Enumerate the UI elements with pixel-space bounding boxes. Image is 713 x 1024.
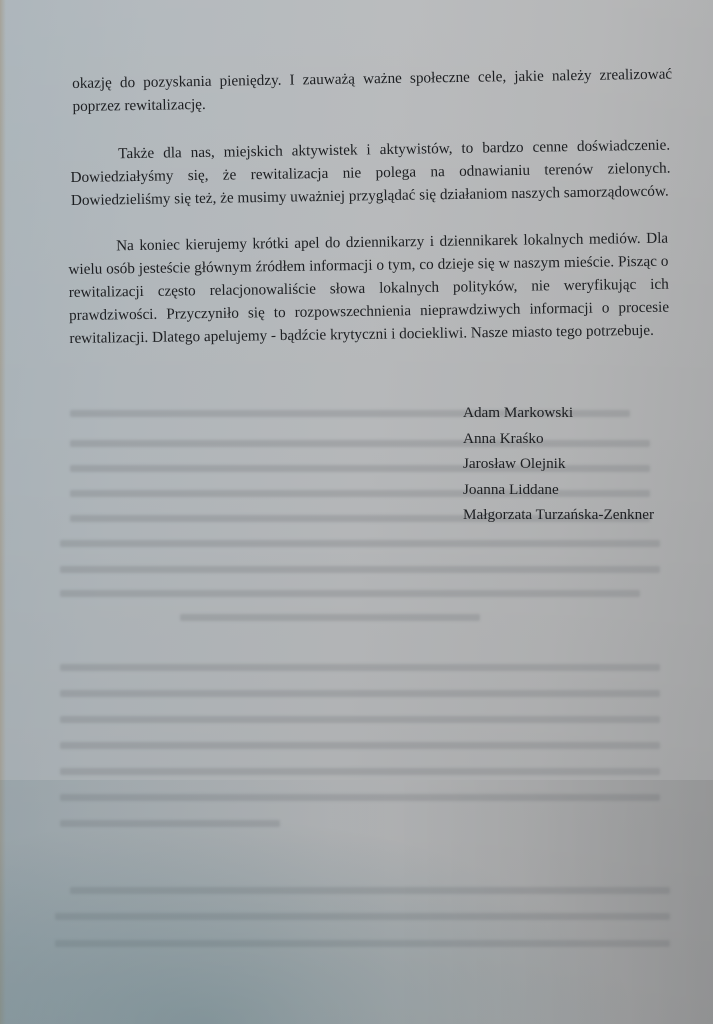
paragraph-activists: Także dla nas, miejskich aktywistek i ak…	[70, 134, 671, 212]
bleed-through-line	[60, 540, 660, 547]
signatory: Małgorzata Turzańska-Zenkner	[463, 502, 654, 528]
paper-sheet: okazję do pozyskania pieniędzy. I zauważ…	[0, 0, 713, 1024]
paragraph-appeal-to-journalists: Na koniec kierujemy krótki apel do dzien…	[68, 227, 670, 350]
bleed-through-line	[55, 913, 670, 920]
bleed-through-line	[60, 768, 660, 775]
bleed-through-line	[180, 614, 480, 621]
paragraph-text: Także dla nas, miejskich aktywistek i ak…	[70, 134, 671, 212]
bleed-through-line	[60, 742, 660, 749]
paragraph-continued: okazję do pozyskania pieniędzy. I zauważ…	[72, 63, 673, 118]
paragraph-text: okazję do pozyskania pieniędzy. I zauważ…	[72, 63, 673, 118]
bleed-through-line	[60, 794, 660, 801]
bleed-through-line	[60, 690, 660, 697]
signatory: Jarosław Olejnik	[463, 451, 654, 477]
bleed-through-line	[60, 664, 660, 671]
page-edge	[0, 0, 6, 1024]
bleed-through-line	[60, 716, 660, 723]
bleed-through-line	[70, 887, 670, 894]
paragraph-text: Na koniec kierujemy krótki apel do dzien…	[68, 227, 670, 350]
photo-shadow	[0, 780, 713, 1024]
bleed-through-line	[60, 820, 280, 827]
bleed-through-line	[60, 590, 640, 597]
signatory: Joanna Liddane	[463, 477, 654, 503]
bleed-through-line	[60, 566, 660, 573]
bleed-through-line	[55, 940, 670, 947]
signatory: Anna Kraśko	[463, 426, 654, 452]
signatories-list: Adam Markowski Anna Kraśko Jarosław Olej…	[463, 400, 654, 528]
signatory: Adam Markowski	[463, 400, 654, 426]
